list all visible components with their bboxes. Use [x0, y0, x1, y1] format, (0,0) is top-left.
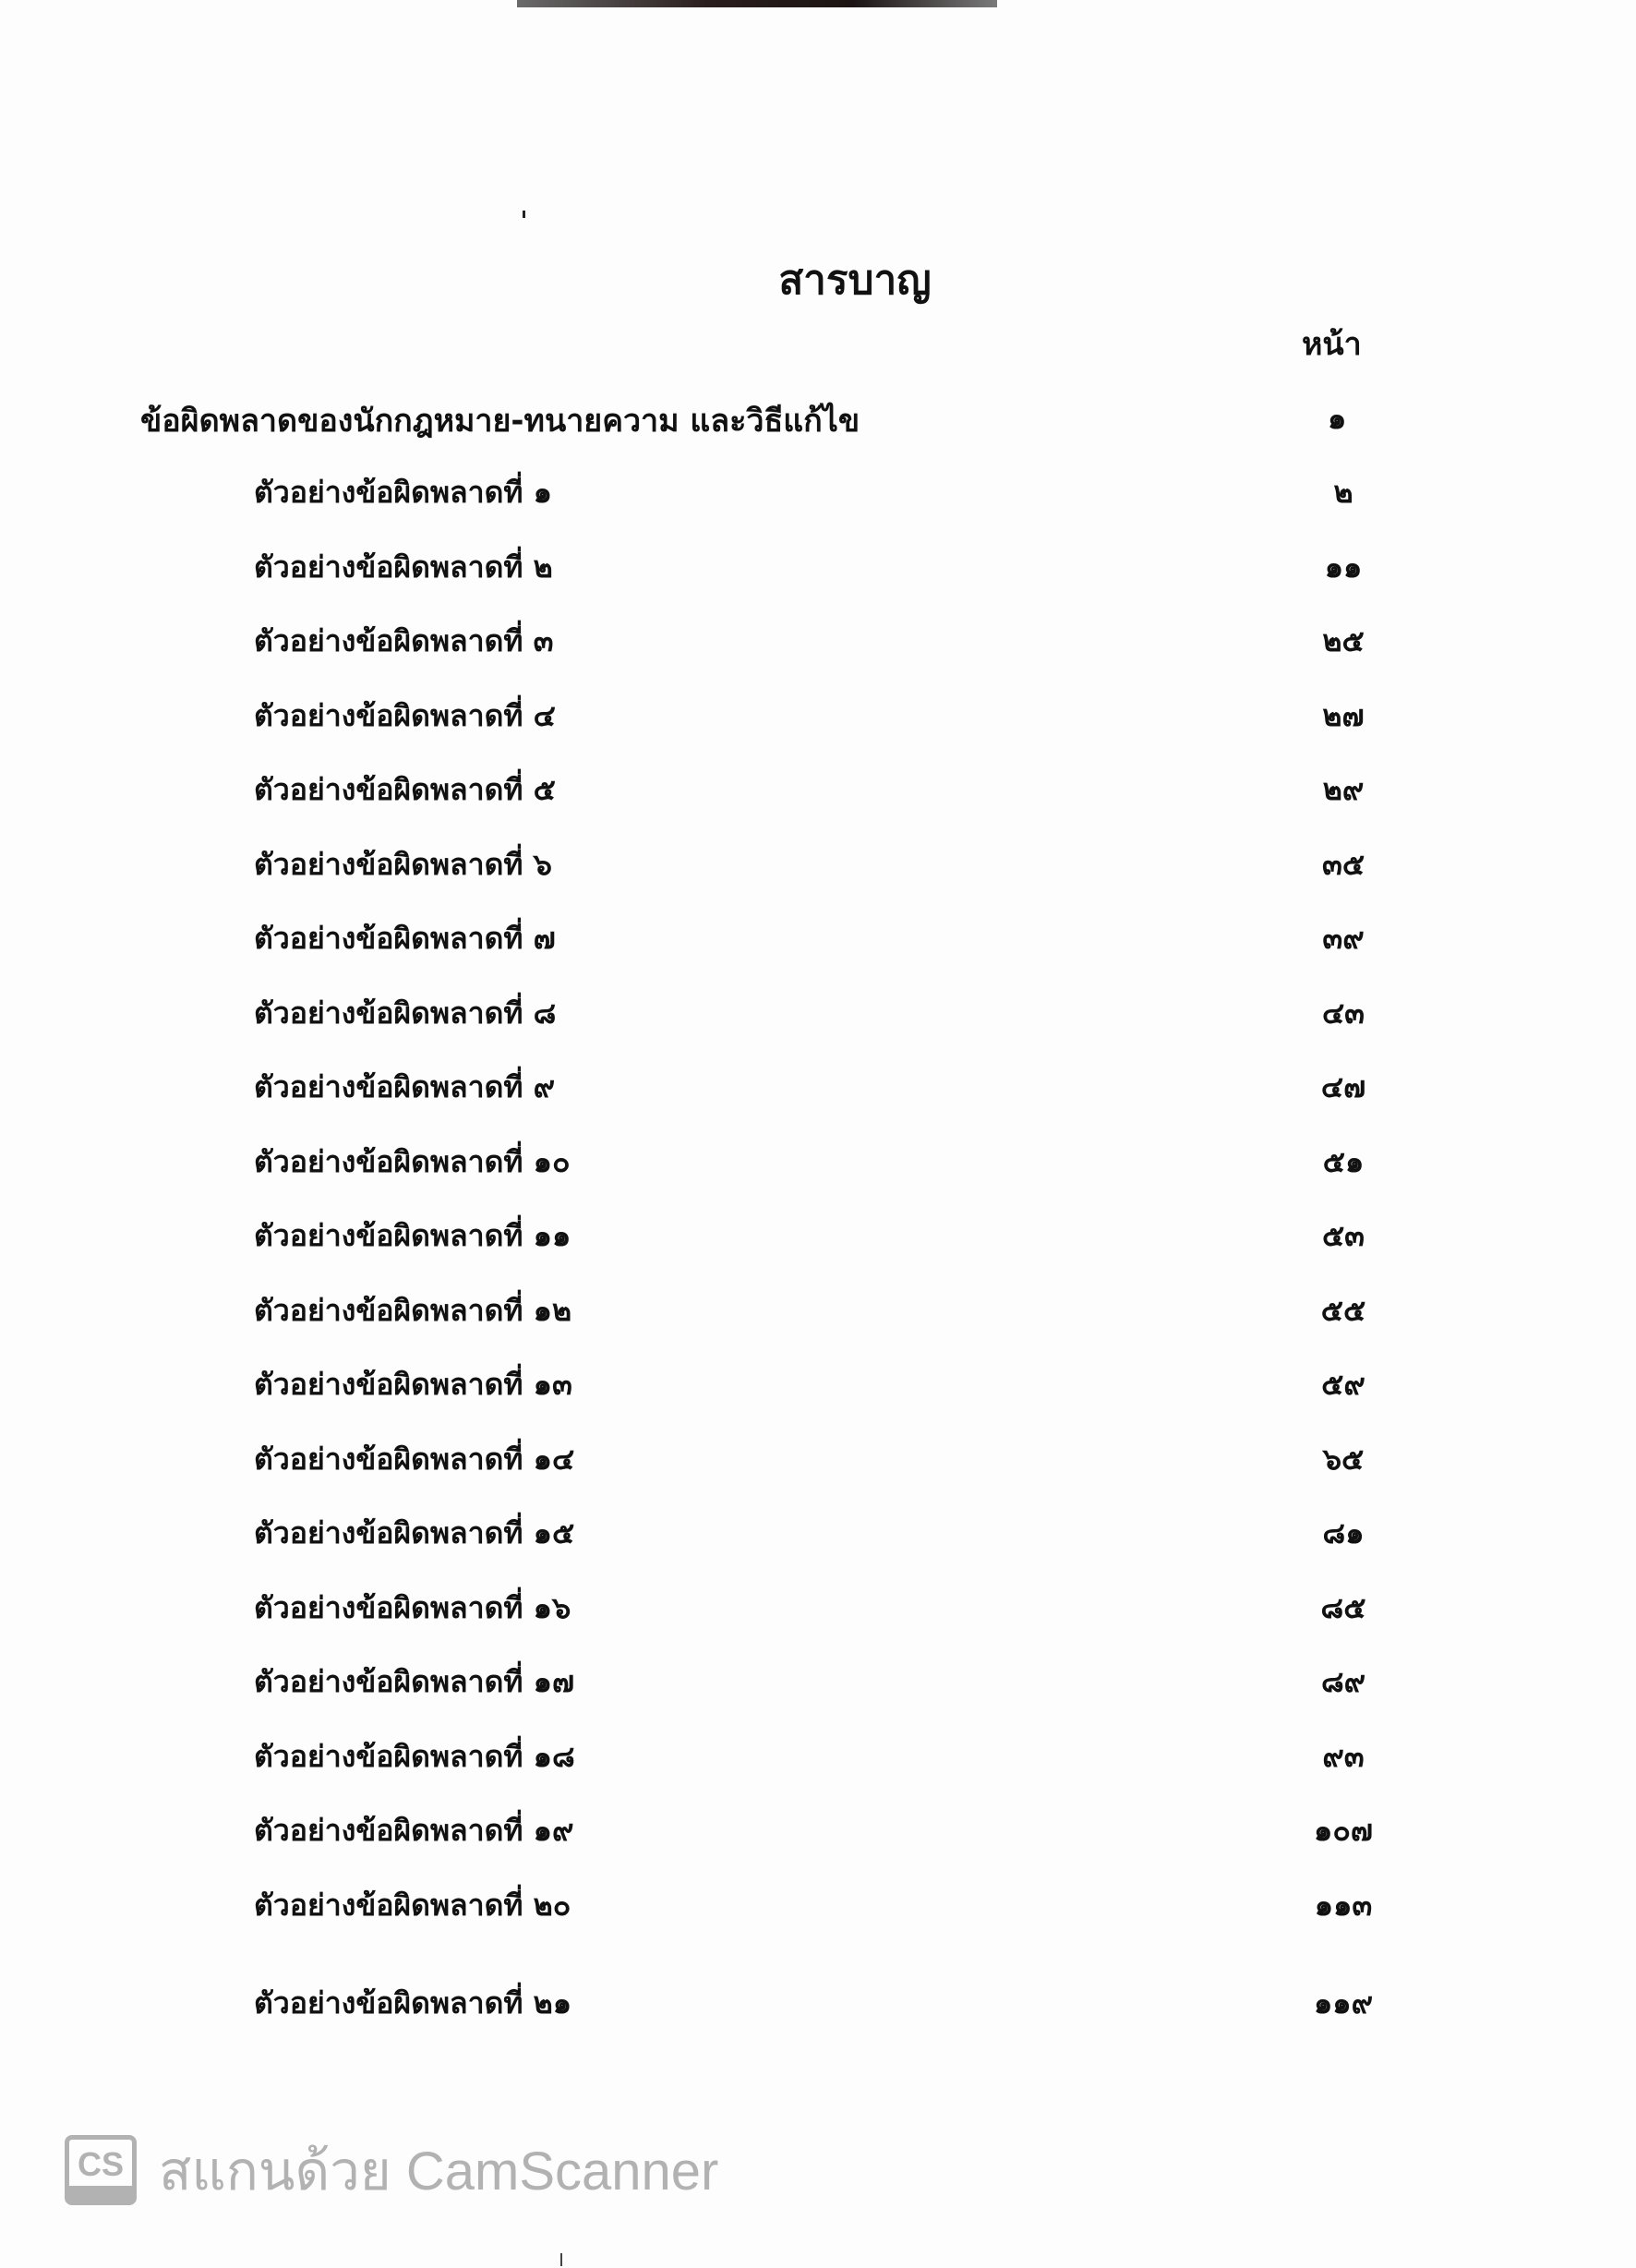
toc-entry: ตัวอย่างข้อผิดพลาดที่ ๑๕๘๑: [0, 1510, 1636, 1565]
scan-mark: [560, 2253, 562, 2266]
toc-entry: ตัวอย่างข้อผิดพลาดที่ ๑๘๙๓: [0, 1733, 1636, 1789]
toc-entry-page: ๕๑: [1293, 1139, 1394, 1186]
scan-edge-strip: [517, 0, 997, 7]
toc-entry-page: ๕๓: [1293, 1212, 1394, 1260]
toc-entry: ตัวอย่างข้อผิดพลาดที่ ๑๒: [0, 469, 1636, 525]
toc-entry-label: ตัวอย่างข้อผิดพลาดที่ ๑๔: [254, 1436, 574, 1483]
toc-entry-label: ตัวอย่างข้อผิดพลาดที่ ๙: [254, 1064, 555, 1111]
toc-entry-page: ๔๓: [1293, 990, 1394, 1037]
toc-entry: ตัวอย่างข้อผิดพลาดที่ ๒๑๑๑๙: [0, 1980, 1636, 2035]
toc-entry: ตัวอย่างข้อผิดพลาดที่ ๒๐๑๑๓: [0, 1882, 1636, 1937]
toc-entry: ตัวอย่างข้อผิดพลาดที่ ๔๒๗: [0, 693, 1636, 748]
toc-entry: ตัวอย่างข้อผิดพลาดที่ ๑๔๖๕: [0, 1436, 1636, 1491]
toc-entry-page: ๓๙: [1293, 915, 1394, 962]
toc-entry-page: ๕๕: [1293, 1287, 1394, 1334]
toc-entry-label: ตัวอย่างข้อผิดพลาดที่ ๑๓: [254, 1361, 572, 1408]
toc-entry-label: ตัวอย่างข้อผิดพลาดที่ ๑๐: [254, 1139, 570, 1186]
toc-entry: ตัวอย่างข้อผิดพลาดที่ ๑๒๕๕: [0, 1287, 1636, 1343]
toc-entry-page: ๑๑๓: [1293, 1882, 1394, 1929]
toc-entry: ตัวอย่างข้อผิดพลาดที่ ๓๒๕: [0, 618, 1636, 673]
toc-entry: ตัวอย่างข้อผิดพลาดที่ ๑๙๑๐๗: [0, 1807, 1636, 1863]
toc-entry-label: ตัวอย่างข้อผิดพลาดที่ ๒๑: [254, 1980, 571, 2027]
toc-entry-page: ๒: [1293, 469, 1394, 516]
toc-entry: ตัวอย่างข้อผิดพลาดที่ ๙๔๗: [0, 1064, 1636, 1119]
toc-entry-label: ตัวอย่างข้อผิดพลาดที่ ๒: [254, 544, 553, 591]
section-heading: ข้อผิดพลาดของนักกฎหมาย-ทนายความ และวิธีแ…: [140, 395, 860, 445]
toc-entry-label: ตัวอย่างข้อผิดพลาดที่ ๑๘: [254, 1733, 575, 1780]
toc-entry: ตัวอย่างข้อผิดพลาดที่ ๒๑๑: [0, 544, 1636, 599]
camscanner-watermark: CS สแกนด้วย CamScanner: [65, 2133, 718, 2207]
toc-entry-label: ตัวอย่างข้อผิดพลาดที่ ๔: [254, 693, 556, 740]
toc-entry-label: ตัวอย่างข้อผิดพลาดที่ ๑๙: [254, 1807, 573, 1854]
toc-entry-page: ๒๙: [1293, 766, 1394, 814]
page-title: สารบาญ: [0, 247, 1636, 312]
toc-entry-page: ๘๙: [1293, 1659, 1394, 1706]
toc-entry: ตัวอย่างข้อผิดพลาดที่ ๑๑๕๓: [0, 1212, 1636, 1268]
toc-entry-label: ตัวอย่างข้อผิดพลาดที่ ๑๕: [254, 1510, 574, 1557]
watermark-text: สแกนด้วย CamScanner: [159, 2128, 718, 2214]
toc-entry-page: ๑๐๗: [1293, 1807, 1394, 1854]
toc-entry-label: ตัวอย่างข้อผิดพลาดที่ ๑๖: [254, 1585, 571, 1632]
toc-entry: ตัวอย่างข้อผิดพลาดที่ ๘๔๓: [0, 990, 1636, 1045]
toc-entry-label: ตัวอย่างข้อผิดพลาดที่ ๑: [254, 469, 552, 516]
toc-entry-page: ๓๕: [1293, 841, 1394, 888]
toc-entry: ตัวอย่างข้อผิดพลาดที่ ๑๐๕๑: [0, 1139, 1636, 1194]
toc-entry-label: ตัวอย่างข้อผิดพลาดที่ ๘: [254, 990, 556, 1037]
toc-entry-label: ตัวอย่างข้อผิดพลาดที่ ๕: [254, 766, 556, 814]
toc-entry-page: ๒๕: [1293, 618, 1394, 665]
toc-entry-page: ๖๕: [1293, 1436, 1394, 1483]
toc-entry-page: ๕๙: [1293, 1361, 1394, 1408]
toc-entry-page: ๙๓: [1293, 1733, 1394, 1780]
page-column-header: หน้า: [1302, 319, 1362, 368]
toc-entry-page: ๘๕: [1293, 1585, 1394, 1632]
toc-entry-label: ตัวอย่างข้อผิดพลาดที่ ๒๐: [254, 1882, 571, 1929]
toc-entry-page: ๑๑: [1293, 544, 1394, 591]
camscanner-logo-icon: CS: [65, 2135, 137, 2205]
toc-entry-label: ตัวอย่างข้อผิดพลาดที่ ๑๒: [254, 1287, 571, 1334]
toc-entry-page: ๘๑: [1293, 1510, 1394, 1557]
toc-entry: ตัวอย่างข้อผิดพลาดที่ ๗๓๙: [0, 915, 1636, 971]
toc-entry-page: ๑๑๙: [1293, 1980, 1394, 2027]
toc-entry-label: ตัวอย่างข้อผิดพลาดที่ ๑๗: [254, 1659, 574, 1706]
toc-entry: ตัวอย่างข้อผิดพลาดที่ ๕๒๙: [0, 766, 1636, 822]
toc-entry-label: ตัวอย่างข้อผิดพลาดที่ ๖: [254, 841, 552, 888]
toc-entry-label: ตัวอย่างข้อผิดพลาดที่ ๗: [254, 915, 556, 962]
toc-entry: ตัวอย่างข้อผิดพลาดที่ ๑๖๘๕: [0, 1585, 1636, 1640]
toc-entry: ตัวอย่างข้อผิดพลาดที่ ๖๓๕: [0, 841, 1636, 897]
toc-entry-page: ๒๗: [1293, 693, 1394, 740]
section-heading-page: ๑: [1328, 395, 1383, 442]
toc-entry-label: ตัวอย่างข้อผิดพลาดที่ ๓: [254, 618, 554, 665]
toc-entry-label: ตัวอย่างข้อผิดพลาดที่ ๑๑: [254, 1212, 571, 1260]
scan-speck: [523, 211, 525, 218]
toc-entry: ตัวอย่างข้อผิดพลาดที่ ๑๗๘๙: [0, 1659, 1636, 1714]
camscanner-logo-text: CS: [78, 2145, 124, 2184]
toc-entry-page: ๔๗: [1293, 1064, 1394, 1111]
toc-entry: ตัวอย่างข้อผิดพลาดที่ ๑๓๕๙: [0, 1361, 1636, 1417]
